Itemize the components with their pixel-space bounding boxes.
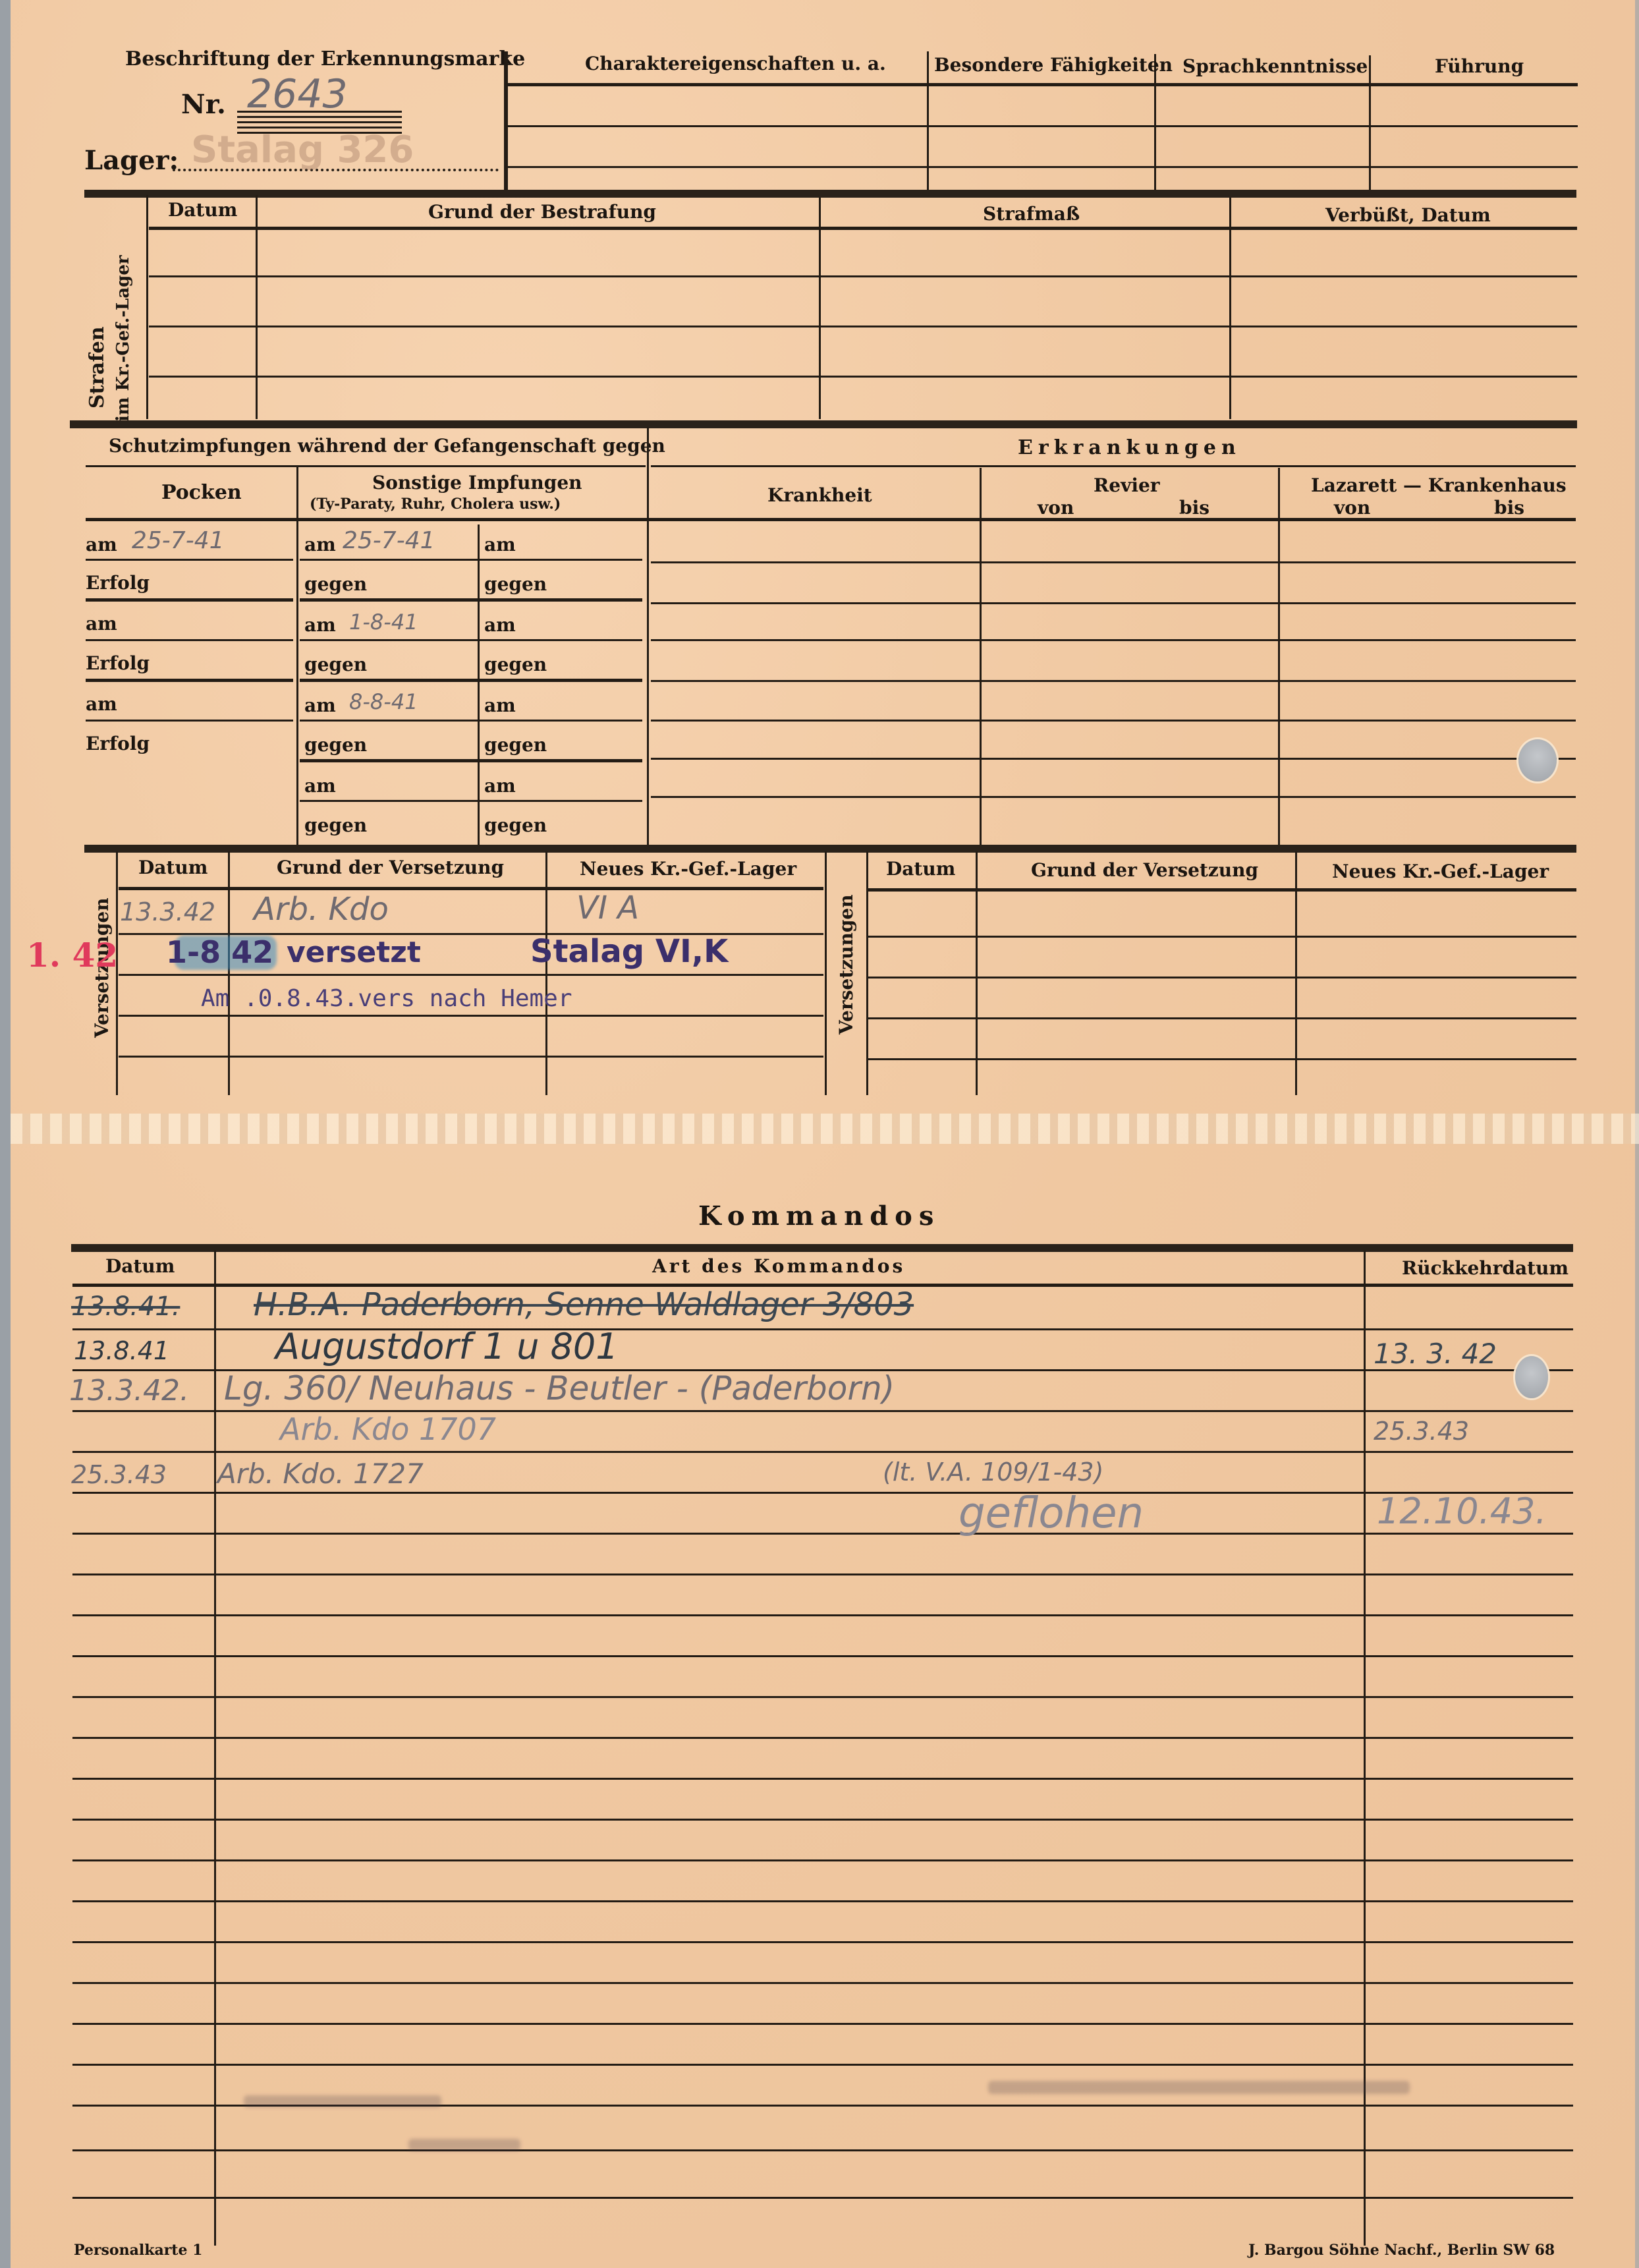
transfer-1-date[interactable]: 13.3.42 [120,897,215,926]
row-rule [86,465,646,467]
scan-edge-left [0,0,11,2268]
pocken-date-1[interactable]: 25-7-41 [132,527,225,554]
row-rule [86,679,293,682]
punishments-header-rule [149,227,1577,230]
col-divider [1278,468,1280,850]
col-divider [214,1251,216,2246]
kommando-1-date[interactable]: 13.8.41. [71,1291,180,1322]
col-rueckkehrdatum: Rückkehrdatum [1402,1257,1569,1279]
kommando-6-return[interactable]: 12.10.43. [1377,1490,1547,1532]
col-divider [927,51,929,192]
col-datum-right: Datum [886,858,955,880]
sonstige-gegen-label: gegen [304,814,367,836]
punishments-top-rule [84,190,1576,198]
nr-value: 2643 [247,71,348,117]
nr-label: Nr. [181,89,226,120]
pocken-am-label: am [86,613,117,635]
punishments-bottom-rule [70,420,1577,428]
lager-stamp: Stalag 326 [191,128,414,171]
vaccinations-illnesses-divider [647,427,649,849]
col-lazarett-von: von [1334,497,1370,519]
illnesses-heading: Erkrankungen [1018,436,1241,459]
ink-bleed-smudge [988,2081,1410,2094]
row-rule [86,559,293,561]
col-grund-der-bestrafung: Grund der Bestrafung [428,201,656,223]
transfer-2-date-stamp[interactable]: 1-8 42 [166,934,273,970]
row-rule [86,720,293,722]
transfer-2-camp-stamp[interactable]: Stalag VI,K [530,933,728,970]
sonstige-am-label: am [484,534,516,555]
sonstige-am-label: am [304,534,336,555]
col-datum: Datum [138,857,208,878]
col-revier-bis: bis [1179,497,1209,519]
sonstige-gegen-label: gegen [484,654,547,675]
row-rule [86,639,293,641]
col-divider [146,195,148,419]
col-sprachkenntnisse: Sprachkenntnisse [1182,55,1368,77]
sonstige-am-label: am [304,775,336,797]
col-neues-lager-right: Neues Kr.-Gef.-Lager [1332,861,1549,882]
punishments-side-label-2: im Kr.-Gef.-Lager [113,255,133,422]
identity-heading: Beschriftung der Erkennungsmarke [125,47,525,71]
sonstige-am-label: am [484,614,516,636]
row-rule [651,465,1576,467]
col-divider [296,467,298,849]
sonstige-date-1[interactable]: 25-7-41 [343,527,435,554]
sonstige-am-label: am [484,695,516,716]
transfer-2-red-date-stamp: 1. 42 [26,936,118,975]
kommando-5-note[interactable]: (lt. V.A. 109/1-43) [883,1458,1103,1487]
transfers-top-rule [84,845,1576,853]
kommando-2-type[interactable]: Augustdorf 1 u 801 [275,1326,619,1367]
col-besondere-faehigkeiten: Besondere Fähigkeiten [934,54,1173,76]
col-charaktereigenschaften: Charaktereigenschaften u. a. [585,53,886,74]
col-divider [819,198,821,419]
col-strafmass: Strafmaß [983,203,1080,225]
kommando-1-type[interactable]: H.B.A. Paderborn, Senne Waldlager 3/803 [254,1286,914,1323]
characteristics-header-rule [507,83,1578,86]
col-lazarett-bis: bis [1494,497,1524,519]
kommando-4-return[interactable]: 25.3.43 [1374,1417,1469,1446]
col-divider [1364,1251,1366,2246]
kommandos-top-rule [71,1244,1573,1252]
transfer-3-stamp[interactable]: Am .0.8.43.vers nach Hemer [201,985,572,1012]
lager-label: Lager: [84,145,179,176]
col-divider [478,524,480,847]
ink-bleed-smudge [408,2139,520,2151]
identity-divider [504,51,508,190]
pocken-erfolg-label: Erfolg [86,733,150,754]
col-divider [980,468,982,850]
kommando-4-type[interactable]: Arb. Kdo 1707 [280,1411,496,1447]
col-revier: Revier [1094,474,1160,496]
col-lazarett: Lazarett — Krankenhaus [1311,474,1567,496]
kommando-5-type[interactable]: Arb. Kdo. 1727 [217,1458,424,1490]
kommando-5-date[interactable]: 25.3.43 [71,1460,167,1489]
col-fuehrung: Führung [1435,55,1524,77]
kommandos-title: Kommandos [698,1201,940,1232]
kommando-6-type[interactable]: geflohen [958,1489,1144,1538]
kommando-2-date[interactable]: 13.8.41 [74,1336,169,1365]
sonstige-gegen-label: gegen [304,654,367,675]
col-verbuesst-datum: Verbüßt, Datum [1325,204,1491,226]
sonstige-am-label: am [484,775,516,797]
sonstige-gegen-label: gegen [304,573,367,595]
col-art-des-kommandos: Art des Kommandos [652,1255,905,1277]
punch-hole [1515,1356,1548,1398]
col-grund-der-versetzung-right: Grund der Versetzung [1031,859,1258,881]
sonstige-gegen-label: gegen [484,573,547,595]
vaccinations-heading: Schutzimpfungen während der Gefangenscha… [109,435,665,457]
col-sonstige: Sonstige Impfungen [372,472,582,494]
pocken-am-label: am [86,693,117,715]
col-divider [1229,198,1231,419]
row-rule [86,598,293,602]
col-krankheit: Krankheit [767,484,872,506]
punishments-side-label-1: Strafen [86,326,109,409]
transfer-2-reason-stamp[interactable]: versetzt [287,936,421,969]
col-sonstige-sub: (Ty-Paraty, Ruhr, Cholera usw.) [310,496,561,513]
col-pocken: Pocken [161,481,242,504]
row-rule [507,125,1578,127]
pocken-am-label: am [86,534,117,555]
printer-imprint: J. Bargou Söhne Nachf., Berlin SW 68 [1248,2242,1555,2259]
pocken-erfolg-label: Erfolg [86,652,150,674]
transfer-1-reason[interactable]: Arb. Kdo [254,891,389,928]
kommando-3-date[interactable]: 13.3.42. [69,1374,189,1407]
ink-bleed-smudge [244,2095,441,2107]
paper-fold [11,1114,1639,1144]
sonstige-gegen-label: gegen [304,734,367,756]
kommando-3-type[interactable]: Lg. 360/ Neuhaus - Beutler - (Paderborn) [224,1369,895,1407]
row-rule [119,887,823,890]
col-grund-der-versetzung: Grund der Versetzung [277,857,504,878]
sonstige-am-label: am [304,614,336,636]
col-neues-lager: Neues Kr.-Gef.-Lager [580,858,796,880]
transfer-1-camp[interactable]: VI A [576,890,639,926]
sonstige-date-2[interactable]: 1-8-41 [349,610,418,635]
row-rule [868,888,1576,892]
punch-hole [1518,739,1557,781]
sonstige-date-3[interactable]: 8-8-41 [349,689,418,714]
col-datum: Datum [105,1255,175,1277]
sonstige-gegen-label: gegen [484,734,547,756]
col-datum: Datum [168,199,237,221]
form-name: Personalkarte 1 [74,2242,202,2259]
pocken-erfolg-label: Erfolg [86,572,150,594]
sonstige-am-label: am [304,695,336,716]
row-rule [507,166,1578,168]
col-divider [1369,55,1371,192]
col-divider [825,851,827,1095]
kommando-2-return[interactable]: 13. 3. 42 [1374,1338,1497,1370]
col-revier-von: von [1038,497,1074,519]
sonstige-gegen-label: gegen [484,814,547,836]
transfers-side-label-right: Versetzungen [835,894,857,1035]
